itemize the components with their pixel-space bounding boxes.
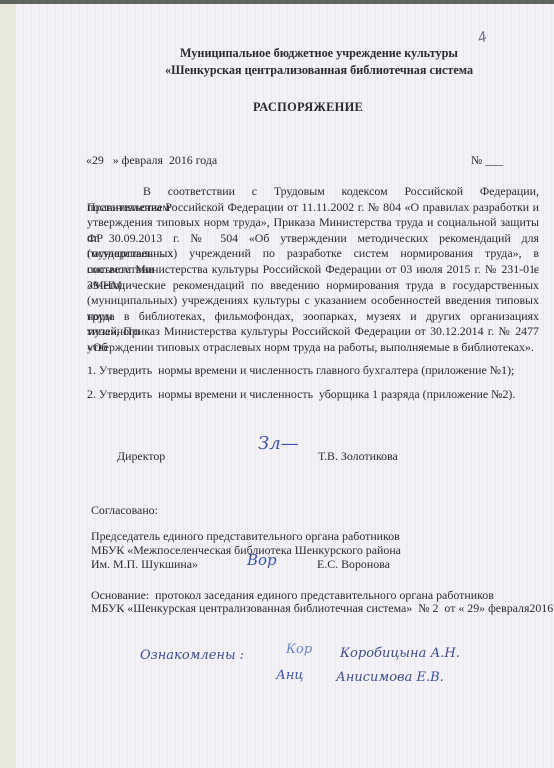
preamble-line: (муниципальных) учреждений по разработке…: [87, 246, 539, 262]
preamble-line: Правительства Российской Федерации от 11…: [87, 200, 539, 216]
acknowledged-name-1: Коробицына А.Н.: [340, 646, 460, 661]
document-date: «29 » февраля 2016 года: [86, 153, 217, 168]
order-item-1: 1. Утвердить нормы времени и численность…: [87, 363, 514, 378]
basis-line2: МБУК «Шенкурская централизованная библио…: [91, 601, 554, 616]
director-signature: Зл—: [258, 433, 299, 454]
preamble-line: типа», Приказ Министерства культуры Росс…: [87, 324, 539, 340]
preamble-line: утверждении типовых отраслевых норм труд…: [87, 340, 539, 356]
agreed-label: Согласовано:: [91, 503, 158, 518]
agreed-line2: МБУК «Межпоселенческая библиотека Шенкур…: [91, 543, 401, 558]
order-item-2: 2. Утвердить нормы времени и численность…: [87, 387, 515, 402]
acknowledged-name-2: Анисимова Е.В.: [336, 670, 444, 685]
agreed-line1: Председатель единого представительного о…: [91, 529, 400, 544]
acknowledged-signature-2: Анц: [276, 668, 303, 683]
scan-left-margin: [0, 4, 16, 768]
preamble-line: труда в библиотеках, фильмофондах, зоопа…: [87, 309, 539, 325]
preamble-line: В соответствии с Трудовым кодексом Росси…: [87, 184, 539, 200]
org-header-line1: Муниципальное бюджетное учреждение культ…: [180, 46, 458, 61]
agreed-name: Е.С. Воронова: [317, 557, 390, 572]
org-header-line2: «Шенкурская централизованная библиотечна…: [165, 63, 473, 78]
document-number: № ___: [471, 153, 503, 168]
director-role: Директор: [117, 449, 165, 464]
acknowledged-label: Ознакомлены :: [140, 648, 244, 663]
preamble-line: «Методические рекомендаций по введению н…: [87, 278, 539, 294]
acknowledged-signature-1: Кор: [286, 642, 312, 657]
document-page: [16, 4, 554, 768]
director-name: Т.В. Золотикова: [318, 449, 398, 464]
preamble-paragraph: В соответствии с Трудовым кодексом Росси…: [87, 184, 539, 356]
preamble-line: от 30.09.2013 г. № 504 «Об утверждении м…: [87, 231, 539, 247]
preamble-line: письмом Министерства культуры Российской…: [87, 262, 539, 278]
preamble-line: (муниципальных) учреждениях культуры с у…: [87, 293, 539, 309]
agreed-signature: Вор: [247, 551, 277, 569]
preamble-line: утверждения типовых норм труда», Приказа…: [87, 215, 539, 231]
document-title: РАСПОРЯЖЕНИЕ: [253, 100, 363, 115]
agreed-line3: Им. М.П. Шукшина»: [91, 557, 198, 572]
